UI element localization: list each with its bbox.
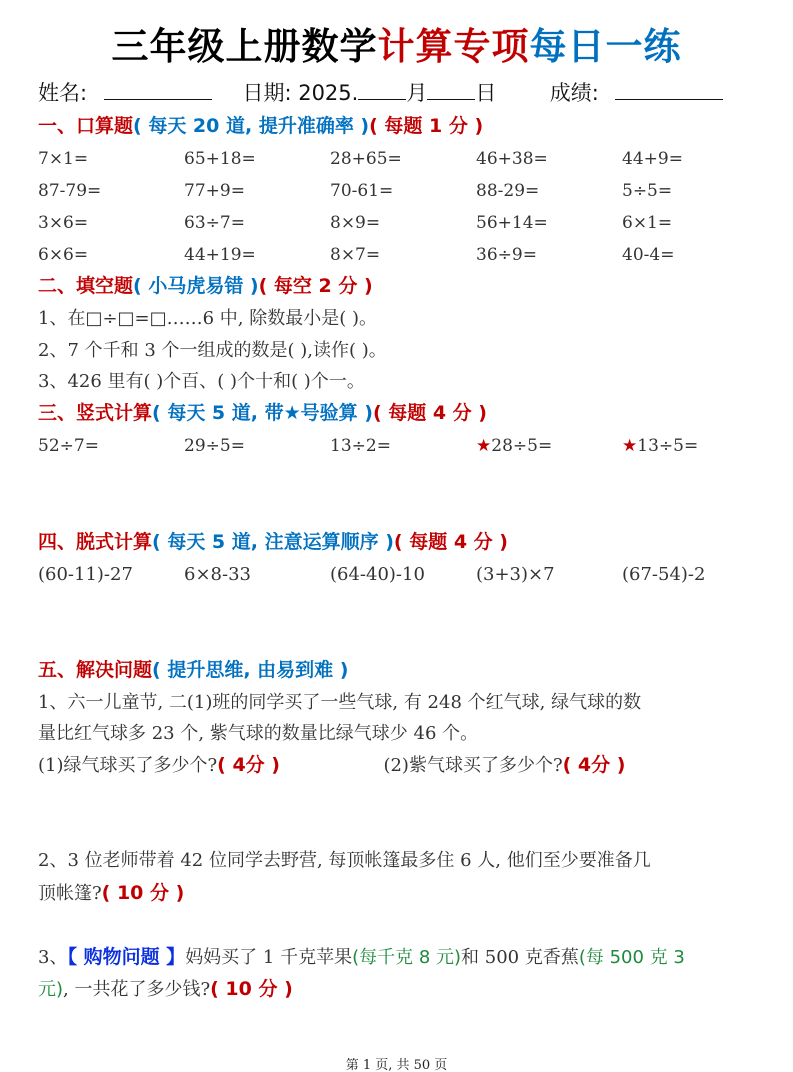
vertical-calc-item: 29÷5= [184, 434, 330, 458]
vertical-calc-item: ★13÷5= [622, 434, 698, 458]
star-icon: ★ [476, 436, 491, 456]
worksheet-title: 三年级上册数学计算专项每日一练 [0, 22, 793, 72]
oral-item: 65+18= [184, 147, 330, 171]
day-label: 日 [475, 81, 496, 105]
oral-item: 88-29= [476, 179, 622, 203]
score-label: 成绩: [550, 81, 599, 105]
section-4-heading: 四、脱式计算( 每天 5 道, 注意运算顺序 )( 每题 4 分 ) [38, 529, 508, 555]
section-2-heading: 二、填空题( 小马虎易错 )( 每空 2 分 ) [38, 273, 373, 299]
section-3-points: ( 每题 4 分 ) [373, 402, 487, 424]
oral-item: 70-61= [330, 179, 476, 203]
section-1-note: ( 每天 20 道, 提升准确率 ) [133, 115, 369, 137]
name-blank[interactable] [104, 79, 212, 100]
section-1-points: ( 每题 1 分 ) [369, 115, 483, 137]
oral-row-3: 3×6=63÷7=8×9=56+14=6×1= [38, 211, 672, 235]
oral-item: 44+19= [184, 243, 330, 267]
problem-3-line-2: 元), 一共花了多少钱?( 10 分 ) [38, 976, 293, 1003]
month-label: 月 [406, 81, 427, 105]
section-4-title: 四、脱式计算 [38, 531, 152, 553]
apple-price-note: (每千克 8 元) [352, 947, 461, 968]
fill-blank-2: 2、7 个千和 3 个一组成的数是( ),读作( )。 [38, 338, 387, 364]
oral-item: 87-79= [38, 179, 184, 203]
problem-1-line-2: 量比红气球多 23 个, 紫气球的数量比绿气球少 46 个。 [38, 721, 478, 747]
problem-3-points: ( 10 分 ) [210, 978, 293, 1000]
oral-item: 44+9= [622, 147, 683, 171]
oral-item: 56+14= [476, 211, 622, 235]
oral-item: 5÷5= [622, 179, 672, 203]
shopping-problem-tag: 【 购物问题 】 [67, 946, 185, 968]
step-calc-item: (67-54)-2 [622, 563, 705, 587]
page-footer: 第 1 页, 共 50 页 [0, 1054, 793, 1072]
student-info-line: 姓名: 日期: 2025.月日 成绩: [38, 78, 723, 108]
oral-item: 46+38= [476, 147, 622, 171]
oral-row-2: 87-79=77+9=70-61=88-29=5÷5= [38, 179, 672, 203]
vertical-calc-item: 52÷7= [38, 434, 184, 458]
problem-1-line-1: 1、六一儿童节, 二(1)班的同学买了一些气球, 有 248 个红气球, 绿气球… [38, 690, 641, 716]
section-5-heading: 五、解决问题( 提升思维, 由易到难 ) [38, 657, 348, 683]
oral-item: 8×7= [330, 243, 476, 267]
vertical-calc-row: 52÷7=29÷5=13÷2=★28÷5=★13÷5= [38, 434, 698, 458]
section-2-points: ( 每空 2 分 ) [259, 275, 373, 297]
title-part-topic: 计算专项 [378, 25, 530, 68]
oral-item: 28+65= [330, 147, 476, 171]
oral-item: 63÷7= [184, 211, 330, 235]
section-4-note: ( 每天 5 道, 注意运算顺序 ) [152, 531, 394, 553]
section-3-heading: 三、竖式计算( 每天 5 道, 带★号验算 )( 每题 4 分 ) [38, 400, 487, 426]
step-calc-item: (3+3)×7 [476, 563, 622, 587]
problem-3-line-1: 3、【 购物问题 】妈妈买了 1 千克苹果(每千克 8 元)和 500 克香蕉(… [38, 944, 685, 971]
section-5-title: 五、解决问题 [38, 659, 152, 681]
name-label: 姓名: [38, 81, 87, 105]
problem-1-sub-2: (2)紫气球买了多少个? [383, 755, 562, 776]
oral-item: 36÷9= [476, 243, 622, 267]
month-blank[interactable] [358, 79, 406, 100]
oral-item: 6×6= [38, 243, 184, 267]
problem-1-subquestions: (1)绿气球买了多少个?( 4分 ) (2)紫气球买了多少个?( 4分 ) [38, 752, 625, 779]
step-calc-item: (60-11)-27 [38, 563, 184, 587]
section-4-points: ( 每题 4 分 ) [394, 531, 508, 553]
step-calc-item: 6×8-33 [184, 563, 330, 587]
section-2-note: ( 小马虎易错 ) [133, 275, 259, 297]
day-blank[interactable] [427, 79, 475, 100]
banana-price-note: (每 500 克 3 [579, 947, 685, 968]
oral-item: 8×9= [330, 211, 476, 235]
section-2-title: 二、填空题 [38, 275, 133, 297]
section-1-heading: 一、口算题( 每天 20 道, 提升准确率 )( 每题 1 分 ) [38, 113, 483, 139]
oral-row-1: 7×1=65+18=28+65=46+38=44+9= [38, 147, 683, 171]
step-calc-row: (60-11)-276×8-33(64-40)-10(3+3)×7(67-54)… [38, 563, 705, 587]
oral-item: 40-4= [622, 243, 674, 267]
title-part-daily: 每日一练 [530, 25, 682, 68]
step-calc-item: (64-40)-10 [330, 563, 476, 587]
oral-row-4: 6×6=44+19=8×7=36÷9=40-4= [38, 243, 674, 267]
section-3-title: 三、竖式计算 [38, 402, 152, 424]
fill-blank-1: 1、在□÷□=□……6 中, 除数最小是( )。 [38, 306, 377, 332]
vertical-calc-item: ★28÷5= [476, 434, 622, 458]
score-blank[interactable] [615, 79, 723, 100]
section-3-note: ( 每天 5 道, 带★号验算 ) [152, 402, 373, 424]
star-icon: ★ [622, 436, 637, 456]
oral-item: 3×6= [38, 211, 184, 235]
date-label: 日期: 2025. [242, 81, 358, 105]
problem-2-line-1: 2、3 位老师带着 42 位同学去野营, 每顶帐篷最多住 6 人, 他们至少要准… [38, 848, 651, 874]
problem-2-line-2: 顶帐篷?( 10 分 ) [38, 880, 184, 907]
oral-item: 7×1= [38, 147, 184, 171]
problem-1-sub-2-points: ( 4分 ) [563, 754, 626, 776]
section-1-title: 一、口算题 [38, 115, 133, 137]
oral-item: 77+9= [184, 179, 330, 203]
problem-1-sub-1-points: ( 4分 ) [217, 754, 280, 776]
fill-blank-3: 3、426 里有( )个百、( )个十和( )个一。 [38, 369, 365, 395]
problem-2-points: ( 10 分 ) [102, 882, 185, 904]
title-part-grade: 三年级上册数学 [112, 25, 378, 68]
problem-1-sub-1: (1)绿气球买了多少个? [38, 755, 217, 776]
section-5-note: ( 提升思维, 由易到难 ) [152, 659, 348, 681]
oral-item: 6×1= [622, 211, 672, 235]
vertical-calc-item: 13÷2= [330, 434, 476, 458]
